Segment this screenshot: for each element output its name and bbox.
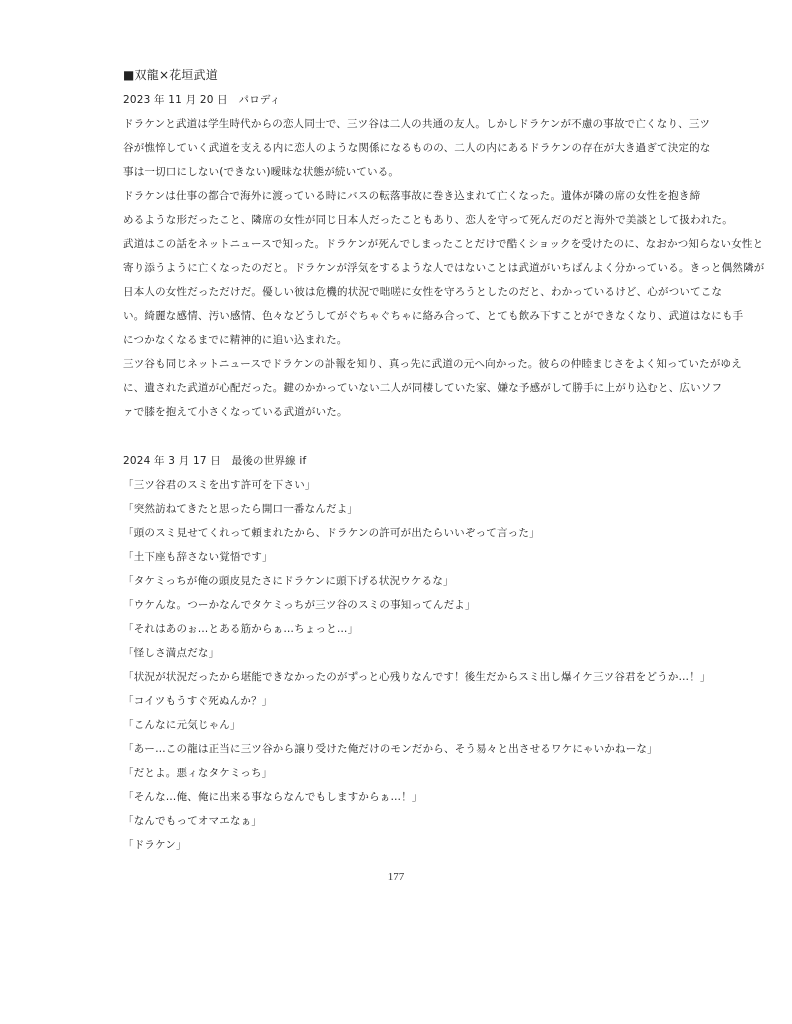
- paragraph-line: い。綺麗な感情、汚い感情、色々などうしてがぐちゃぐちゃに絡み合って、とても飲み下…: [123, 309, 683, 323]
- dialogue-line: 「それはあのぉ…とある筋からぁ…ちょっと…」: [123, 622, 683, 636]
- dialogue-line: 「突然訪ねてきたと思ったら開口一番なんだよ」: [123, 502, 683, 516]
- section-date: 2023 年 11 月 20 日 パロディ: [123, 93, 683, 107]
- section-date: 2024 年 3 月 17 日 最後の世界線 if: [123, 454, 683, 468]
- dialogue-line: 「ウケんな。つーかなんでタケミっちが三ツ谷のスミの事知ってんだよ」: [123, 598, 683, 612]
- paragraph-line: 事は一切口にしない(できない)曖昧な状態が続いている。: [123, 165, 683, 179]
- paragraph-line: に、遺された武道が心配だった。鍵のかかっていない二人が同棲していた家、嫌な予感が…: [123, 381, 683, 395]
- document-page: ■双龍×花垣武道 2023 年 11 月 20 日 パロディ ドラケンと武道は学…: [0, 0, 792, 1024]
- paragraph-line: めるような形だったこと、隣席の女性が同じ日本人だったこともあり、恋人を守って死ん…: [123, 213, 683, 227]
- paragraph-line: 武道はこの話をネットニュースで知った。ドラケンが死んでしまったことだけで酷くショ…: [123, 237, 683, 251]
- dialogue-line: 「だとよ。悪ィなタケミっち」: [123, 766, 683, 780]
- dialogue-line: 「あー…この龍は正当に三ツ谷から譲り受けた俺だけのモンだから、そう易々と出させる…: [123, 742, 683, 756]
- dialogue-line: 「そんな…俺、俺に出来る事ならなんでもしますからぁ…！」: [123, 790, 683, 804]
- dialogue-line: 「怪しさ満点だな」: [123, 646, 683, 660]
- dialogue-line: 「頭のスミ見せてくれって頼まれたから、ドラケンの許可が出たらいいぞって言った」: [123, 526, 683, 540]
- paragraph-line: ァで膝を抱えて小さくなっている武道がいた。: [123, 405, 683, 419]
- paragraph-line: 三ツ谷も同じネットニュースでドラケンの訃報を知り、真っ先に武道の元へ向かった。彼…: [123, 357, 683, 371]
- paragraph-line: につかなくなるまでに精神的に追い込まれた。: [123, 333, 683, 347]
- paragraph-line: ドラケンと武道は学生時代からの恋人同士で、三ツ谷は二人の共通の友人。しかしドラケ…: [123, 117, 683, 131]
- paragraph-line: 寄り添うように亡くなったのだと。ドラケンが浮気をするような人ではないことは武道が…: [123, 261, 683, 275]
- dialogue-line: 「タケミっちが俺の頭皮見たさにドラケンに頭下げる状況ウケるな」: [123, 574, 683, 588]
- dialogue-line: 「なんでもってオマエなぁ」: [123, 814, 683, 828]
- dialogue-line: 「ドラケン」: [123, 838, 683, 852]
- dialogue-line: 「三ツ谷君のスミを出す許可を下さい」: [123, 478, 683, 492]
- section-title: ■双龍×花垣武道: [123, 68, 683, 82]
- dialogue-line: 「状況が状況だったから堪能できなかったのがずっと心残りなんです！後生だからスミ出…: [123, 670, 683, 684]
- paragraph-line: ドラケンは仕事の都合で海外に渡っている時にバスの転落事故に巻き込まれて亡くなった…: [123, 189, 683, 203]
- page-number: 177: [0, 871, 792, 883]
- dialogue-line: 「土下座も辞さない覚悟です」: [123, 550, 683, 564]
- paragraph-line: 日本人の女性だっただけだ。優しい彼は危機的状況で咄嗟に女性を守ろうとしたのだと、…: [123, 285, 683, 299]
- paragraph-line: 谷が憔悴していく武道を支える内に恋人のような関係になるものの、二人の内にあるドラ…: [123, 141, 683, 155]
- dialogue-line: 「こんなに元気じゃん」: [123, 718, 683, 732]
- dialogue-line: 「コイツもうすぐ死ぬんか？」: [123, 694, 683, 708]
